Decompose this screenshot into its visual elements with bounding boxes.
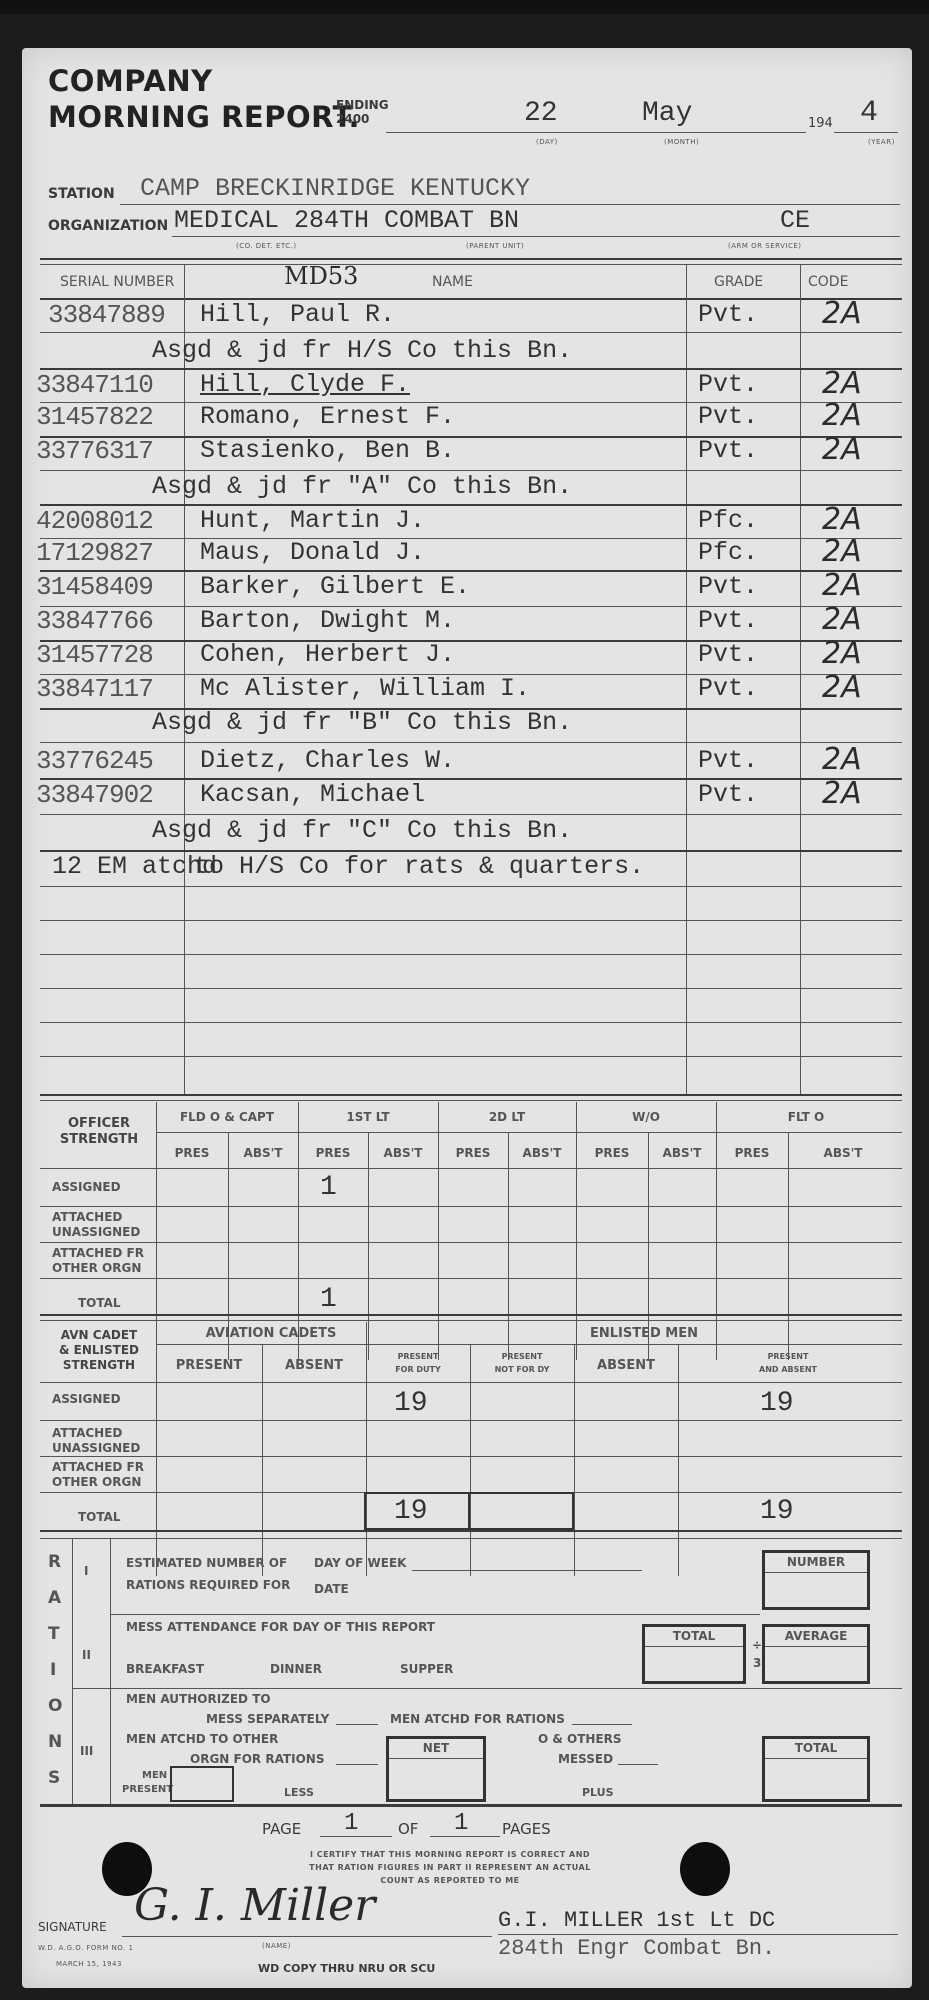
signature: G. I. Miller [134, 1880, 375, 1931]
enlisted-pfd-assigned: 19 [394, 1388, 428, 1419]
table-row: 33847766 Barton, Dwight M. Pvt. 2A [22, 606, 912, 640]
table-row: 33847889 Hill, Paul R. Pvt. 2A [22, 298, 912, 334]
total-box: TOTAL [642, 1624, 746, 1684]
enlisted-pa-total: 19 [760, 1496, 794, 1527]
station-value: CAMP BRECKINRIDGE KENTUCKY [140, 174, 530, 203]
remark-row: Asgd & jd fr H/S Co this Bn. [22, 334, 912, 370]
year-prefix: 194 [808, 116, 833, 131]
officer-1st-lt-pres-total: 1 [320, 1284, 337, 1315]
report-month: May [642, 98, 692, 129]
punch-hole-right [680, 1842, 730, 1896]
remark-row: Asgd & jd fr "B" Co this Bn. [22, 708, 912, 744]
table-row: 42008012 Hunt, Martin J. Pfc. 2A [22, 506, 912, 538]
table-row: 33847902 Kacsan, Michael Pvt. 2A [22, 780, 912, 816]
form-title-line2: MORNING REPORT. [48, 100, 360, 134]
handwritten-note: MD53 [284, 262, 358, 290]
typed-officer-name: G.I. MILLER 1st Lt DC [498, 1908, 775, 1933]
header-name: NAME [432, 274, 473, 290]
remark-row: Asgd & jd fr "C" Co this Bn. [22, 816, 912, 852]
remark-row: Asgd & jd fr "A" Co this Bn. [22, 472, 912, 506]
note-row: 12 EM atchd to H/S Co for rats & quarter… [22, 852, 912, 888]
organization-value: MEDICAL 284TH COMBAT BN [174, 206, 519, 235]
table-row: 17129827 Maus, Donald J. Pfc. 2A [22, 538, 912, 572]
arm-or-service: CE [780, 206, 810, 235]
typed-unit: 284th Engr Combat Bn. [498, 1936, 775, 1961]
table-row: 33776317 Stasienko, Ben B. Pvt. 2A [22, 436, 912, 472]
header-grade: GRADE [714, 274, 763, 290]
header-serial: SERIAL NUMBER [60, 274, 174, 290]
form-title-line1: COMPANY [48, 64, 213, 98]
men-present-box [170, 1766, 234, 1802]
net-box: NET [386, 1736, 486, 1802]
rations-total-box: TOTAL [762, 1736, 870, 1802]
officer-1st-lt-pres-assigned: 1 [320, 1172, 337, 1203]
enlisted-pfd-total: 19 [394, 1496, 428, 1527]
page-number: 1 [344, 1810, 358, 1837]
table-row: 33847110 Hill, Clyde F. Pvt. 2A [22, 370, 912, 402]
report-day: 22 [524, 98, 558, 129]
table-row: 33847117 Mc Alister, William I. Pvt. 2A [22, 674, 912, 708]
table-row: 31457822 Romano, Ernest F. Pvt. 2A [22, 402, 912, 436]
enlisted-pa-assigned: 19 [760, 1388, 794, 1419]
report-year: 4 [860, 96, 878, 130]
header-code: CODE [808, 274, 848, 290]
table-row: 31457728 Cohen, Herbert J. Pvt. 2A [22, 640, 912, 674]
page-total: 1 [454, 1810, 468, 1837]
number-box: NUMBER [762, 1550, 870, 1610]
morning-report-form: COMPANY MORNING REPORT. ENDING 2400 22 M… [22, 48, 912, 1988]
ending-label: ENDING 2400 [336, 98, 389, 126]
table-row: 33776245 Dietz, Charles W. Pvt. 2A [22, 744, 912, 780]
table-row: 31458409 Barker, Gilbert E. Pvt. 2A [22, 572, 912, 606]
scan-border [0, 0, 929, 14]
average-box: AVERAGE [762, 1624, 870, 1684]
